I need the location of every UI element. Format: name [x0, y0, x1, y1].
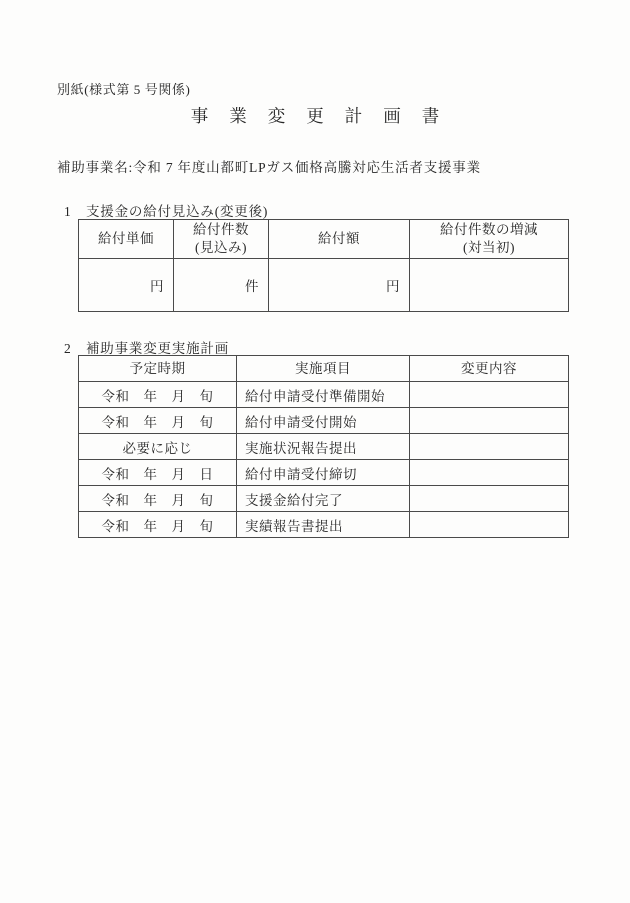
change-cell [410, 434, 569, 460]
header-implementation-item: 実施項目 [237, 356, 410, 382]
section-1-heading: 1支援金の給付見込み(変更後) [64, 200, 268, 220]
section-2-heading-text: 補助事業変更実施計画 [86, 341, 229, 356]
benefit-amount-cell: 円 [269, 259, 410, 312]
period-cell: 令和 年 月 旬 [79, 408, 237, 434]
section-1-number: 1 [64, 204, 86, 220]
plan-table-row: 必要に応じ 実施状況報告提出 [79, 434, 569, 460]
header-unit-price: 給付単価 [79, 220, 174, 259]
change-cell [410, 512, 569, 538]
item-cell: 給付申請受付開始 [237, 408, 410, 434]
period-cell: 必要に応じ [79, 434, 237, 460]
item-cell: 給付申請受付締切 [237, 460, 410, 486]
plan-table-header-row: 予定時期 実施項目 変更内容 [79, 356, 569, 382]
plan-table-row: 令和 年 月 旬 実績報告書提出 [79, 512, 569, 538]
period-cell: 令和 年 月 旬 [79, 486, 237, 512]
case-count-change-cell [410, 259, 569, 312]
document-title: 事業変更計画書 [0, 103, 630, 128]
document-page: 別紙(様式第 5 号関係) 事業変更計画書 補助事業名:令和 7 年度山都町LP… [0, 0, 630, 903]
header-scheduled-period: 予定時期 [79, 356, 237, 382]
item-cell: 実績報告書提出 [237, 512, 410, 538]
period-cell: 令和 年 月 旬 [79, 512, 237, 538]
header-case-count: 給付件数 (見込み) [174, 220, 269, 259]
header-case-count-change: 給付件数の増減 (対当初) [410, 220, 569, 259]
form-reference-note: 別紙(様式第 5 号関係) [57, 79, 190, 98]
plan-table-row: 令和 年 月 旬 給付申請受付開始 [79, 408, 569, 434]
plan-table-row: 令和 年 月 旬 支援金給付完了 [79, 486, 569, 512]
period-cell: 令和 年 月 日 [79, 460, 237, 486]
change-cell [410, 382, 569, 408]
subsidy-project-name: 補助事業名:令和 7 年度山都町LPガス価格高騰対応生活者支援事業 [57, 156, 481, 176]
case-count-cell: 件 [174, 259, 269, 312]
change-cell [410, 460, 569, 486]
plan-table-row: 令和 年 月 旬 給付申請受付準備開始 [79, 382, 569, 408]
change-cell [410, 408, 569, 434]
plan-table-row: 令和 年 月 日 給付申請受付締切 [79, 460, 569, 486]
benefit-estimate-table: 給付単価 給付件数 (見込み) 給付額 給付件数の増減 (対当初) 円 件 円 [78, 219, 569, 312]
section-2-heading: 2補助事業変更実施計画 [64, 337, 229, 357]
implementation-plan-table: 予定時期 実施項目 変更内容 令和 年 月 旬 給付申請受付準備開始 令和 年 … [78, 355, 569, 538]
item-cell: 支援金給付完了 [237, 486, 410, 512]
item-cell: 実施状況報告提出 [237, 434, 410, 460]
item-cell: 給付申請受付準備開始 [237, 382, 410, 408]
header-benefit-amount: 給付額 [269, 220, 410, 259]
benefit-table-header-row: 給付単価 給付件数 (見込み) 給付額 給付件数の増減 (対当初) [79, 220, 569, 259]
change-cell [410, 486, 569, 512]
period-cell: 令和 年 月 旬 [79, 382, 237, 408]
section-1-heading-text: 支援金の給付見込み(変更後) [86, 204, 268, 219]
benefit-table-value-row: 円 件 円 [79, 259, 569, 312]
unit-price-cell: 円 [79, 259, 174, 312]
header-change-details: 変更内容 [410, 356, 569, 382]
